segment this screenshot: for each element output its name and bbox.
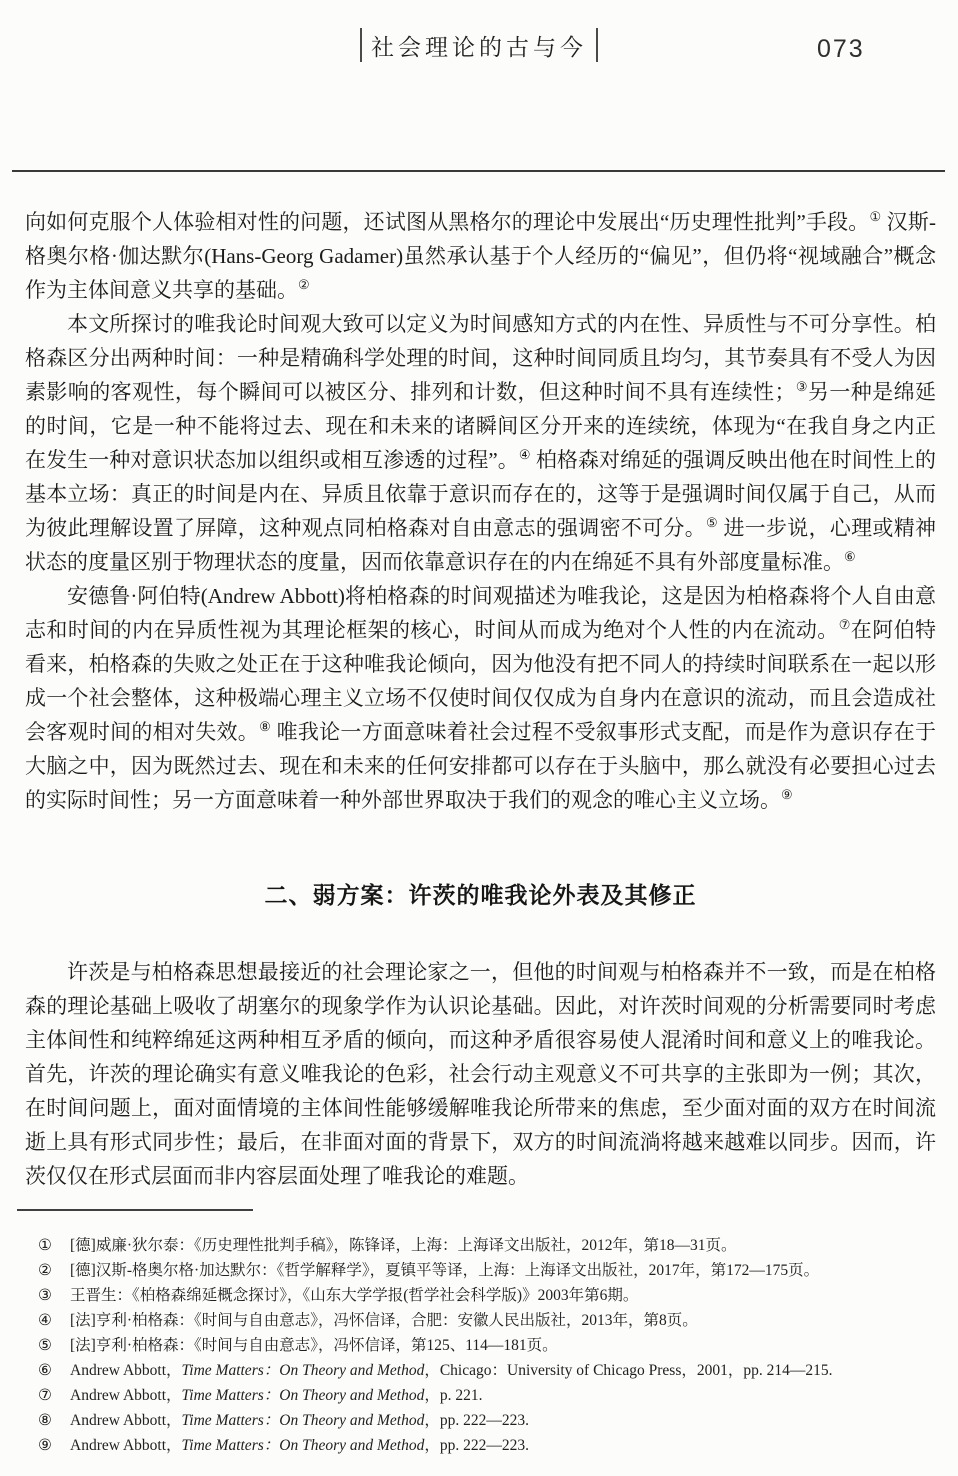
footnote-item: ⑨Andrew Abbott，Time Matters：On Theory an… — [38, 1433, 939, 1458]
footnote-item: ⑦Andrew Abbott，Time Matters：On Theory an… — [38, 1383, 939, 1408]
footnote-item: ⑧Andrew Abbott，Time Matters：On Theory an… — [38, 1408, 939, 1433]
footnote-text: [德]汉斯-格奥尔格·加达默尔：《哲学解释学》，夏镇平等译，上海：上海译文出版社… — [70, 1258, 939, 1283]
paragraph: 许茨是与柏格森思想最接近的社会理论家之一，但他的时间观与柏格森并不一致，而是在柏… — [25, 955, 936, 1193]
footnote-ref: ⑦ — [839, 617, 851, 632]
title-divider-left — [360, 28, 362, 62]
footnote-marker: ⑥ — [38, 1358, 70, 1383]
footnote-item: ⑤[法]亨利·柏格森：《时间与自由意志》，冯怀信译，第125、114—181页。 — [38, 1333, 939, 1358]
footnote-ref: ⑥ — [844, 549, 856, 564]
journal-page: 社会理论的古与今 073 向如何克服个人体验相对性的问题，还试图从黑格尔的理论中… — [0, 0, 958, 1476]
footnotes-section: ①[德]威廉·狄尔泰：《历史理性批判手稿》，陈锋译，上海：上海译文出版社，201… — [38, 1233, 939, 1458]
paragraph: 安德鲁·阿伯特(Andrew Abbott)将柏格森的时间观描述为唯我论，这是因… — [25, 579, 936, 817]
footnote-ref: ② — [298, 277, 310, 292]
footnote-ref: ⑧ — [259, 719, 271, 734]
paragraph: 本文所探讨的唯我论时间观大致可以定义为时间感知方式的内在性、异质性与不可分享性。… — [25, 307, 936, 579]
footnote-item: ⑥Andrew Abbott，Time Matters：On Theory an… — [38, 1358, 939, 1383]
footnote-item: ③王晋生：《柏格森绵延概念探讨》，《山东大学学报(哲学社会科学版)》2003年第… — [38, 1283, 939, 1308]
paragraph-group-bottom: 许茨是与柏格森思想最接近的社会理论家之一，但他的时间观与柏格森并不一致，而是在柏… — [25, 955, 936, 1193]
paragraph-group-top: 向如何克服个人体验相对性的问题，还试图从黑格尔的理论中发展出“历史理性批判”手段… — [25, 205, 936, 817]
page-number: 073 — [817, 35, 865, 64]
footnote-text: Andrew Abbott，Time Matters：On Theory and… — [70, 1383, 939, 1408]
footnote-text: Andrew Abbott，Time Matters：On Theory and… — [70, 1408, 939, 1433]
footnote-item: ①[德]威廉·狄尔泰：《历史理性批判手稿》，陈锋译，上海：上海译文出版社，201… — [38, 1233, 939, 1258]
footnote-ref: ⑨ — [781, 787, 793, 802]
running-title: 社会理论的古与今 — [0, 28, 958, 62]
footnote-text: 王晋生：《柏格森绵延概念探讨》，《山东大学学报(哲学社会科学版)》2003年第6… — [70, 1283, 939, 1308]
footnote-marker: ③ — [38, 1283, 70, 1308]
footnote-text: [法]亨利·柏格森：《时间与自由意志》，冯怀信译，第125、114—181页。 — [70, 1333, 939, 1358]
running-title-text: 社会理论的古与今 — [371, 29, 587, 62]
footnote-marker: ⑧ — [38, 1408, 70, 1433]
footnote-text: Andrew Abbott，Time Matters：On Theory and… — [70, 1358, 939, 1383]
footnote-ref: ① — [869, 209, 881, 224]
article-body: 向如何克服个人体验相对性的问题，还试图从黑格尔的理论中发展出“历史理性批判”手段… — [25, 205, 936, 1193]
footnote-item: ④[法]亨利·柏格森：《时间与自由意志》，冯怀信译，合肥：安徽人民出版社，201… — [38, 1308, 939, 1333]
footnote-marker: ② — [38, 1258, 70, 1283]
footnote-marker: ① — [38, 1233, 70, 1258]
paragraph: 向如何克服个人体验相对性的问题，还试图从黑格尔的理论中发展出“历史理性批判”手段… — [25, 205, 936, 307]
footnote-ref: ④ — [519, 447, 531, 462]
footnote-text: [德]威廉·狄尔泰：《历史理性批判手稿》，陈锋译，上海：上海译文出版社，2012… — [70, 1233, 939, 1258]
footnote-text: [法]亨利·柏格森：《时间与自由意志》，冯怀信译，合肥：安徽人民出版社，2013… — [70, 1308, 939, 1333]
header-rule — [12, 170, 945, 172]
footnote-ref: ③ — [795, 379, 807, 394]
footnote-separator-rule — [17, 1209, 253, 1211]
footnote-text: Andrew Abbott，Time Matters：On Theory and… — [70, 1433, 939, 1458]
section-heading: 二、弱方案：许茨的唯我论外表及其修正 — [25, 877, 936, 913]
footnote-marker: ⑦ — [38, 1383, 70, 1408]
footnote-marker: ⑤ — [38, 1333, 70, 1358]
footnote-ref: ⑤ — [706, 515, 718, 530]
footnote-item: ②[德]汉斯-格奥尔格·加达默尔：《哲学解释学》，夏镇平等译，上海：上海译文出版… — [38, 1258, 939, 1283]
footnote-marker: ⑨ — [38, 1433, 70, 1458]
footnote-marker: ④ — [38, 1308, 70, 1333]
title-divider-right — [596, 28, 598, 62]
